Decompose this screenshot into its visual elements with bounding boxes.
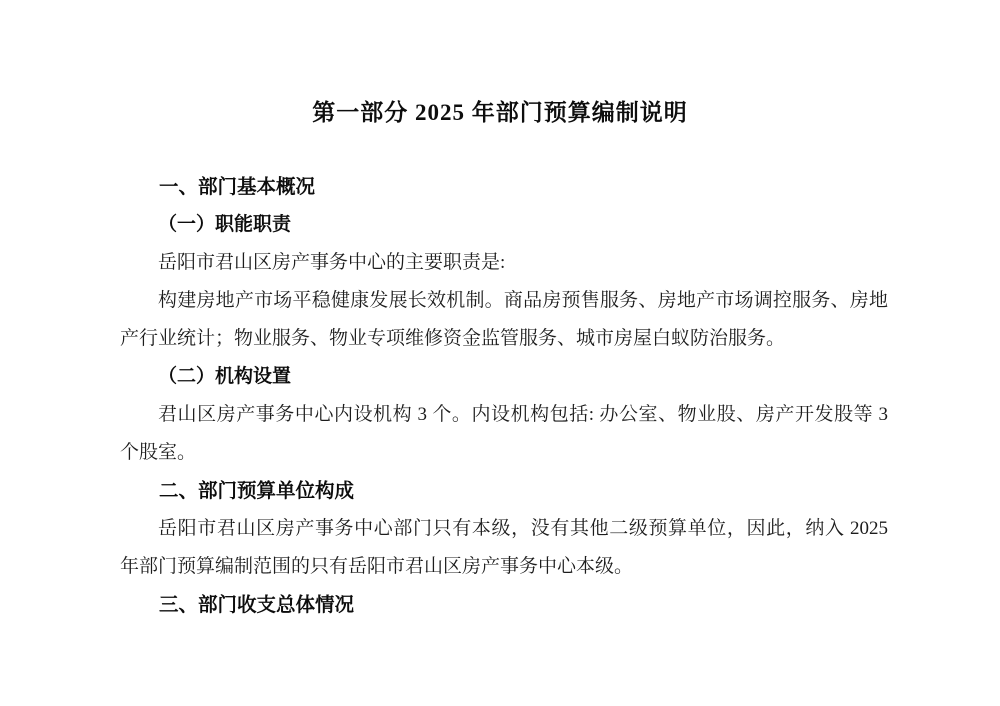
section-heading-budget-unit-composition: 二、部门预算单位构成 [120,472,888,510]
subsection-heading-functions-duties: （一）职能职责 [120,206,888,244]
document-viewport: 第一部分 2025 年部门预算编制说明 一、部门基本概况 （一）职能职责 岳阳市… [0,0,1000,706]
section-heading-department-overview: 一、部门基本概况 [120,168,888,206]
subsection-heading-organization-setup: （二）机构设置 [120,358,888,396]
paragraph-main-duties-detail: 构建房地产市场平稳健康发展长效机制。商品房预售服务、房地产市场调控服务、房地产行… [120,282,888,358]
section-heading-revenue-expenditure-overview: 三、部门收支总体情况 [120,586,888,624]
document-title: 第一部分 2025 年部门预算编制说明 [0,96,1000,130]
document-body: 一、部门基本概况 （一）职能职责 岳阳市君山区房产事务中心的主要职责是: 构建房… [120,168,888,624]
document-page: 第一部分 2025 年部门预算编制说明 一、部门基本概况 （一）职能职责 岳阳市… [0,0,1000,706]
paragraph-internal-organizations: 君山区房产事务中心内设机构 3 个。内设机构包括: 办公室、物业股、房产开发股等… [120,396,888,472]
paragraph-budget-unit-detail: 岳阳市君山区房产事务中心部门只有本级，没有其他二级预算单位，因此，纳入 2025… [120,510,888,586]
paragraph-main-duties-intro: 岳阳市君山区房产事务中心的主要职责是: [120,244,888,282]
